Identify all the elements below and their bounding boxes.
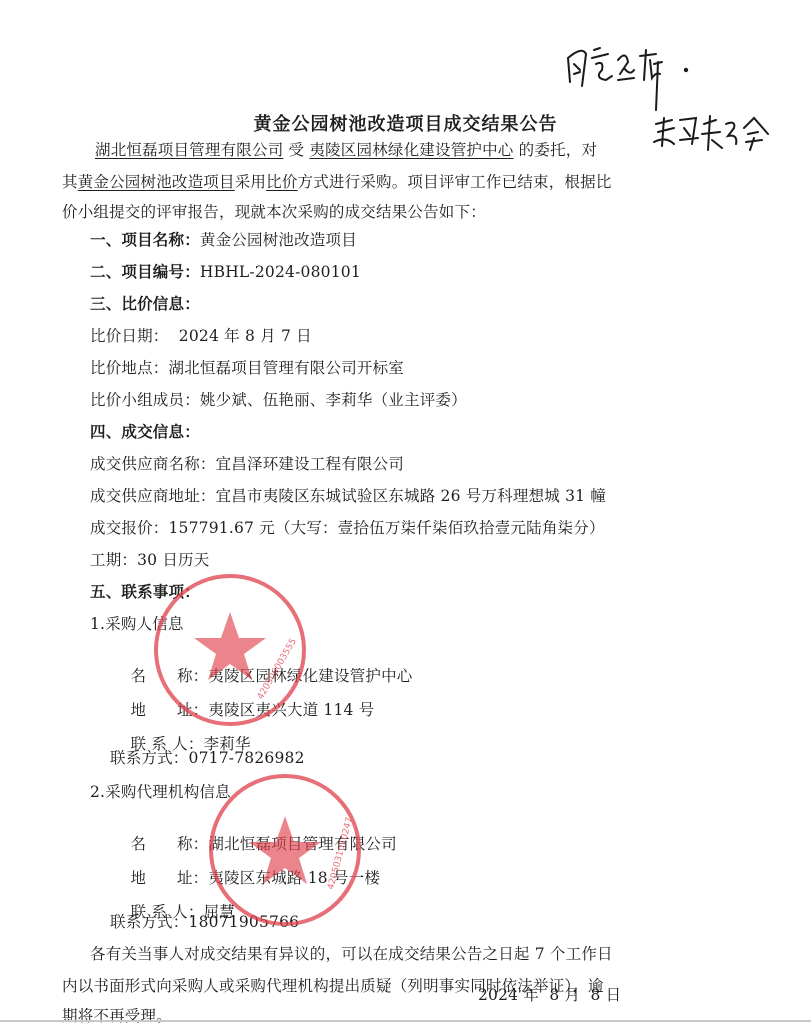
value: 0717-7826982: [189, 749, 305, 767]
project-number-row: 二、项目编号：HBHL-2024-080101: [90, 262, 361, 282]
contact-heading: 五、联系事项：: [90, 582, 200, 602]
purchaser-phone-row: 联系方式：0717-7826982: [110, 748, 305, 768]
intro-line-3: 价小组提交的评审报告，现就本次采购的成交结果公告如下：: [62, 202, 486, 222]
project-number-label: 二、项目编号：: [90, 262, 200, 281]
comparison-date: 比价日期： 2024 年 8 月 7 日: [90, 326, 312, 346]
purchaser-name-link: 夷陵区园林绿化建设管护中心: [309, 141, 513, 159]
text-suffix: 方式进行采购。项目评审工作已结束，根据比: [298, 173, 612, 191]
intro-line-1: 湖北恒磊项目管理有限公司 受 夷陵区园林绿化建设管护中心 的委托，对: [95, 140, 597, 160]
work-period: 工期：30 日历天: [90, 550, 209, 570]
announcement-date: 2024 年 8 月 8 日: [478, 985, 621, 1005]
agency-info-heading: 2.采购代理机构信息: [90, 782, 231, 802]
intro-line-2: 其黄金公园树池改造项目采用比价方式进行采购。项目评审工作已结束，根据比: [62, 172, 612, 192]
label: 联系方式：: [110, 913, 189, 931]
comparison-info-heading: 三、比价信息：: [90, 294, 200, 314]
project-name-row: 一、项目名称：黄金公园树池改造项目: [90, 230, 357, 250]
label: 联系方式：: [110, 749, 189, 767]
closing-line-1: 各有关当事人对成交结果有异议的，可以在成交结果公告之日起 7 个工作日: [90, 944, 613, 964]
document-title: 黄金公园树池改造项目成交结果公告: [0, 110, 811, 136]
project-name-value: 黄金公园树池改造项目: [200, 231, 357, 249]
text-caiyong: 采用: [235, 173, 266, 191]
text-after: 的委托，对: [519, 141, 598, 159]
procurement-method: 比价: [266, 173, 297, 191]
supplier-address: 成交供应商地址：宜昌市夷陵区东城试验区东城路 26 号万科理想城 31 幢: [90, 486, 606, 506]
agency-name-link: 湖北恒磊项目管理有限公司: [95, 141, 283, 159]
comparison-place: 比价地点：湖北恒磊项目管理有限公司开标室: [90, 358, 404, 378]
text-shou: 受: [289, 141, 305, 159]
value: 18071905766: [189, 913, 300, 931]
handwritten-approval-note: [560, 20, 700, 115]
purchaser-info-heading: 1.采购人信息: [90, 614, 184, 634]
project-name-label: 一、项目名称：: [90, 230, 200, 249]
text-prefix: 其: [62, 173, 78, 191]
supplier-name: 成交供应商名称：宜昌泽环建设工程有限公司: [90, 454, 404, 474]
page-bottom-edge: [0, 1020, 811, 1022]
comparison-members: 比价小组成员：姚少斌、伍艳丽、李莉华（业主评委）: [90, 390, 467, 410]
deal-info-heading: 四、成交信息：: [90, 422, 200, 442]
project-number-value: HBHL-2024-080101: [200, 263, 361, 281]
announcement-page: 黄金公园树池改造项目成交结果公告 湖北恒磊项目管理有限公司 受 夷陵区园林绿化建…: [0, 0, 811, 1024]
project-name-underlined: 黄金公园树池改造项目: [78, 173, 235, 191]
deal-price: 成交报价：157791.67 元（大写：壹拾伍万柒仟柒佰玖拾壹元陆角柒分）: [90, 518, 605, 538]
agency-phone-row: 联系方式：18071905766: [110, 912, 299, 932]
